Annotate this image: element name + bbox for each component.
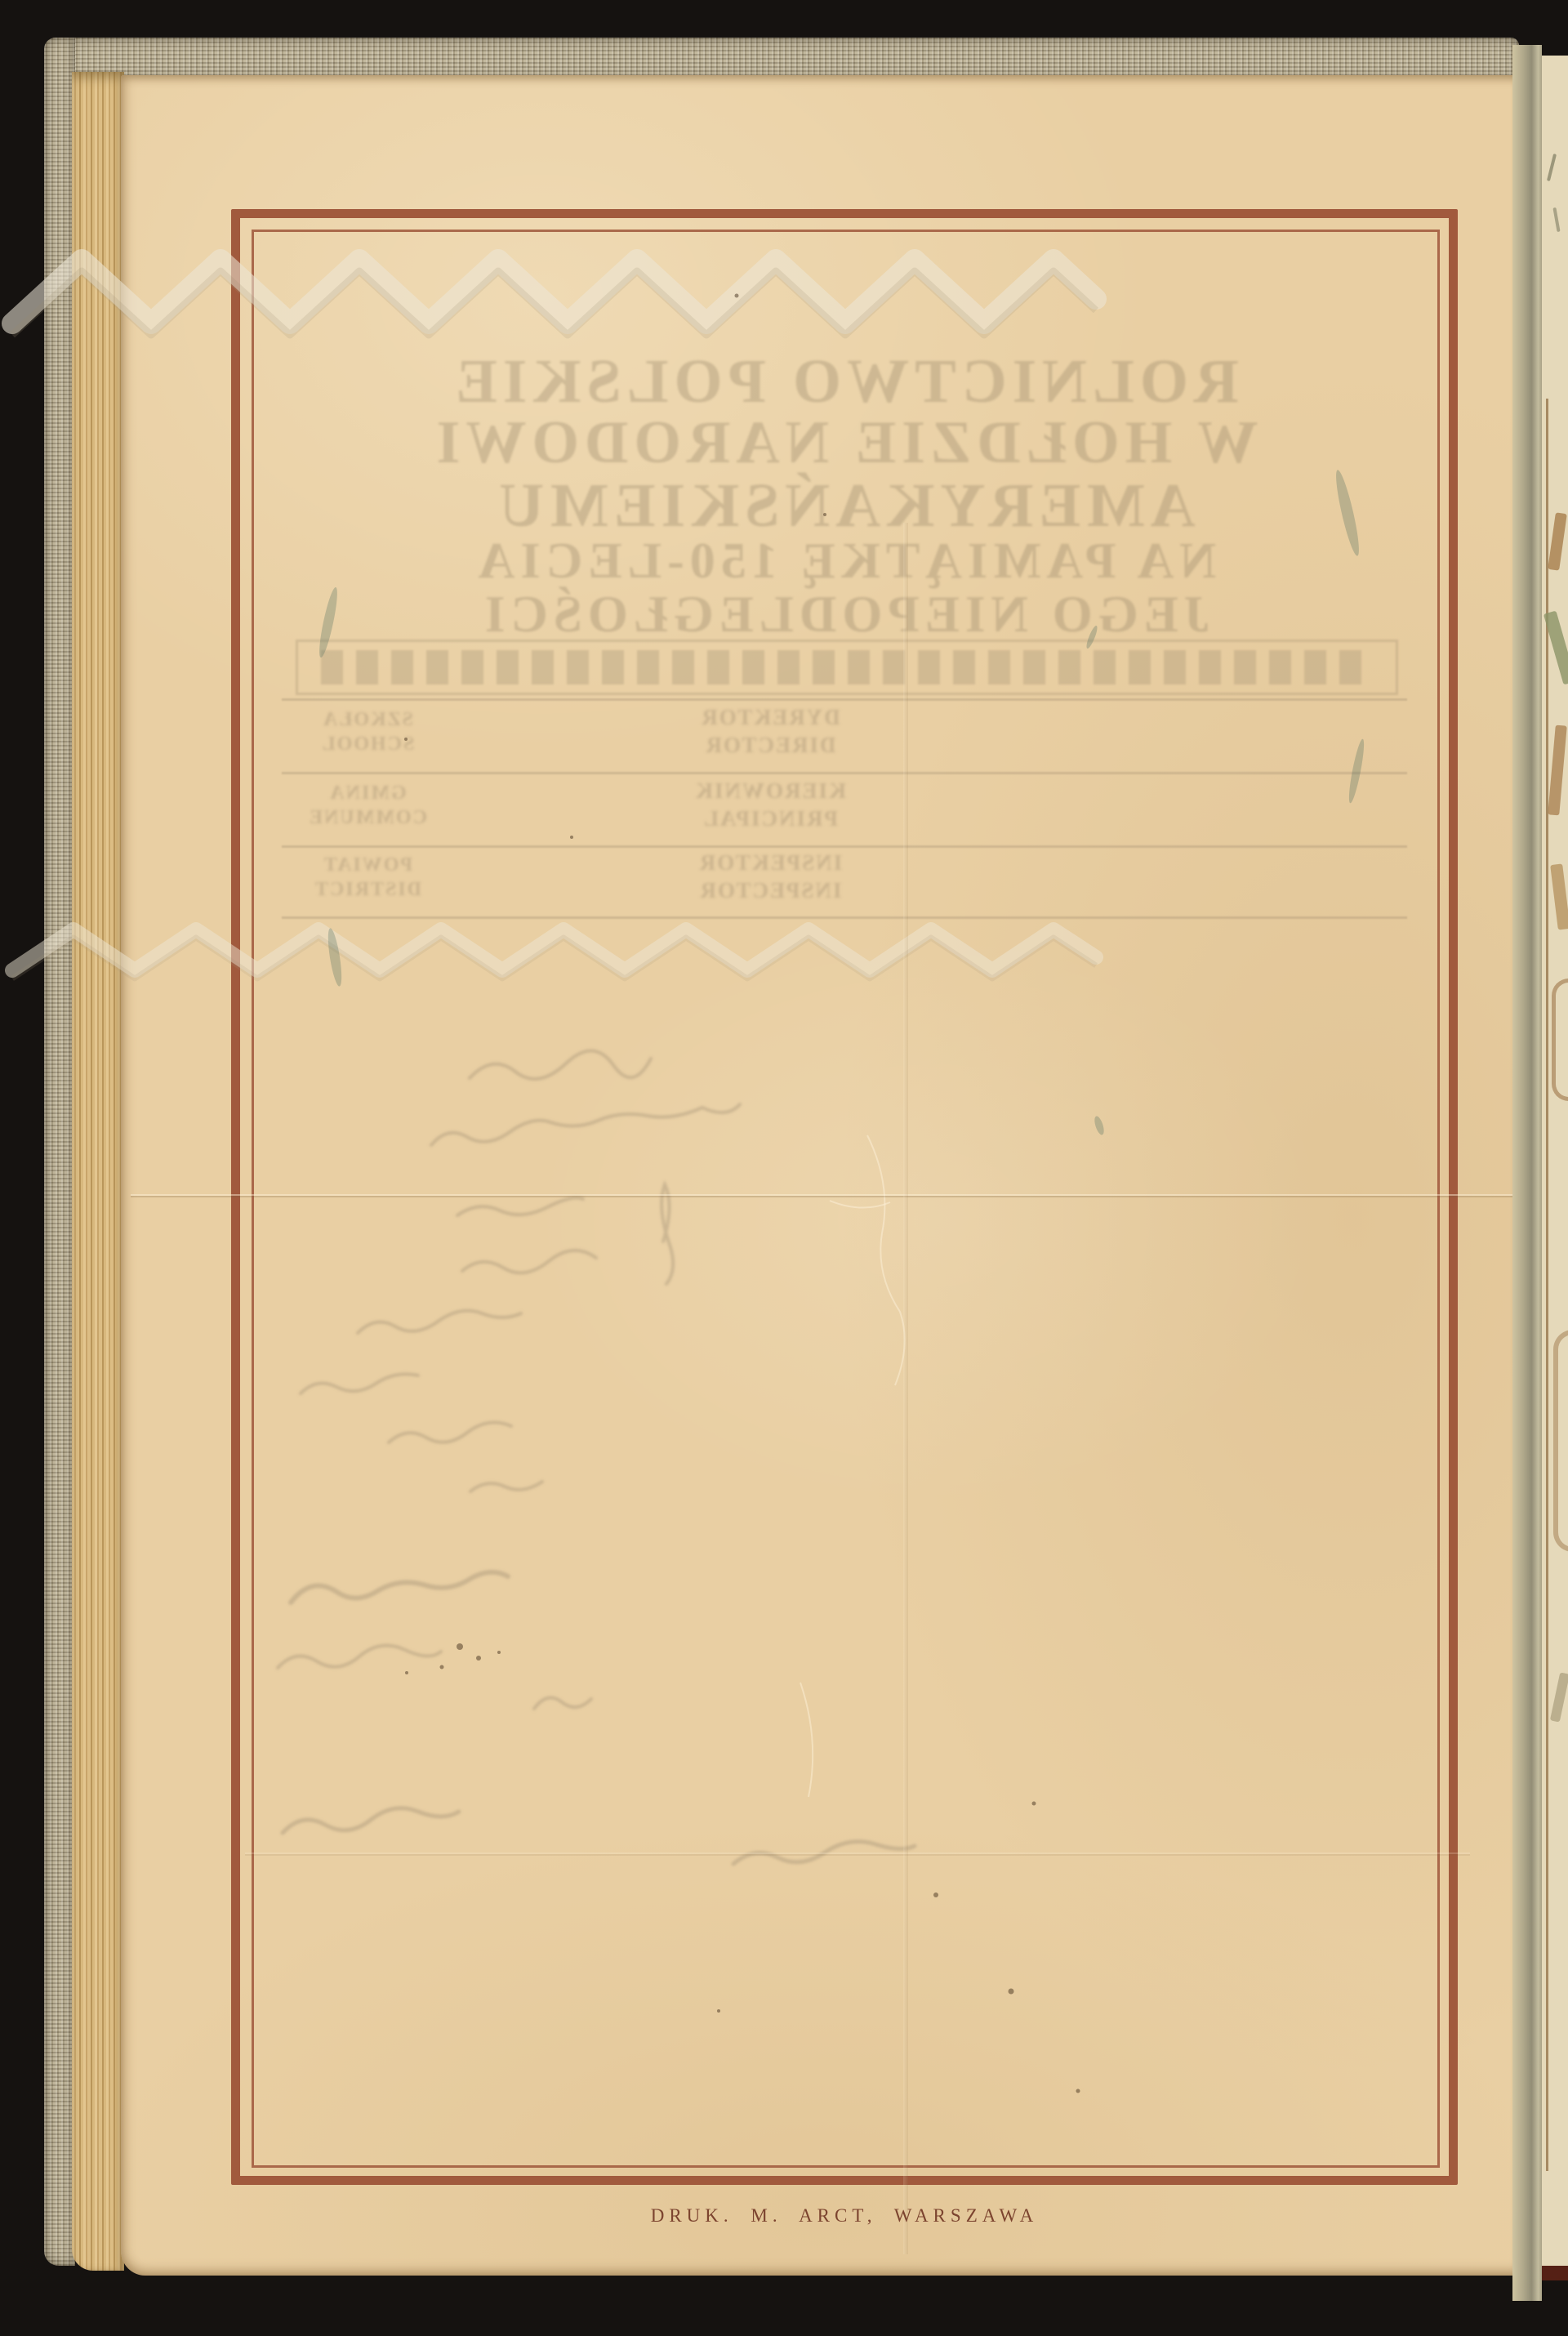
printer-imprint: DRUK. M. ARCT, WARSZAWA: [231, 2205, 1458, 2227]
printer-imprint-text: DRUK. M. ARCT, WARSZAWA: [651, 2205, 1039, 2226]
book-scan-background: ROLNICTWO POLSKIE W HOŁDZIE NARODOWI AME…: [0, 0, 1568, 2336]
next-page-print-fragment: [1552, 207, 1560, 232]
next-page-print-fragment: [1550, 863, 1568, 929]
fold-crease-horizontal: [131, 1194, 1517, 1197]
next-page-bottom-band: [1542, 2266, 1568, 2280]
next-page-print-fragment: [1548, 725, 1567, 816]
next-page-print-fragment: [1553, 1330, 1568, 1552]
next-page-sliver: [1542, 56, 1568, 2280]
fold-crease-horizontal-faint: [245, 1852, 1470, 1856]
page-gap-strip: [1512, 45, 1542, 2301]
next-page-print-fragment: [1547, 154, 1557, 181]
ghost-signatures-and-smudges: [0, 0, 1568, 2336]
next-page-print-fragment: [1552, 979, 1568, 1101]
next-page-frame-line: [1546, 399, 1548, 2171]
next-page-print-fragment: [1550, 1672, 1568, 1722]
next-page-print-fragment: [1548, 512, 1567, 570]
fold-crease-vertical: [903, 523, 908, 2254]
